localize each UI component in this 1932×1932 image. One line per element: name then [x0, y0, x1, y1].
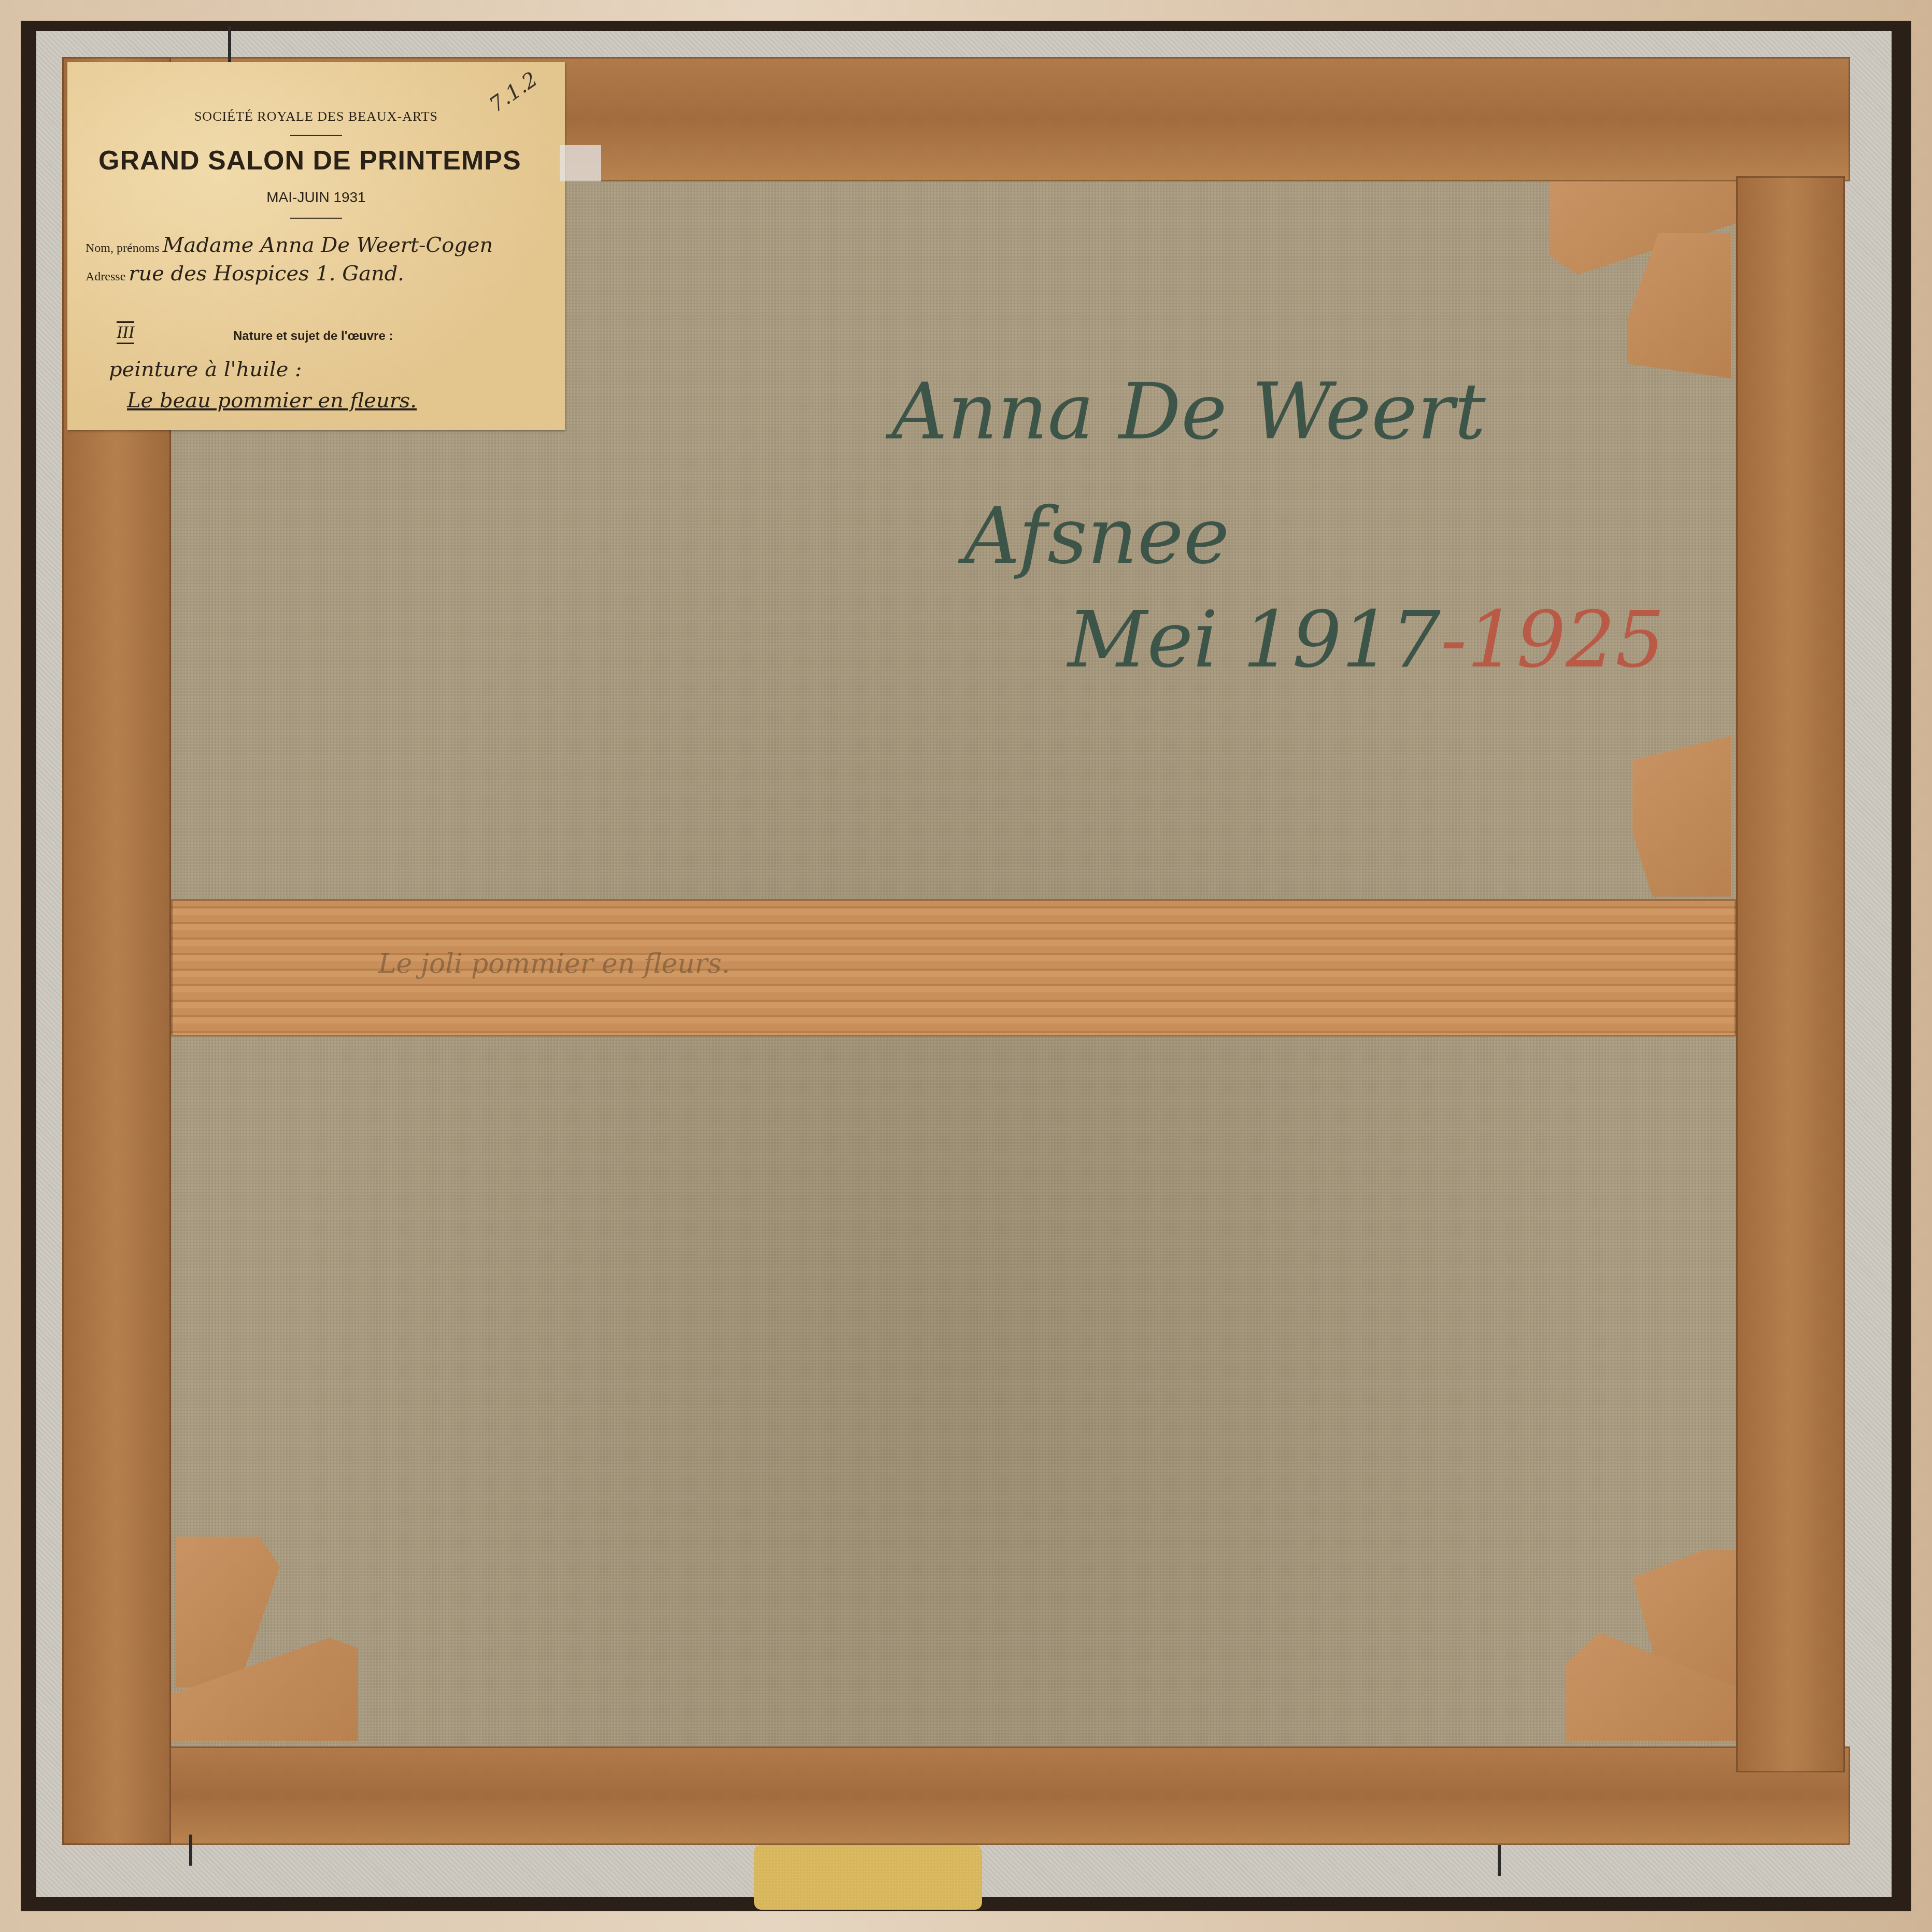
inscription-date: Mei 1917-1925 [1068, 601, 1665, 679]
label-organization: SOCIÉTÉ ROYALE DES BEAUX-ARTS [67, 109, 565, 124]
label-address-field: Adresse rue des Hospices 1. Gand. [86, 262, 404, 286]
stretcher-right-bar [1736, 176, 1845, 1772]
label-artwork-title: Le beau pommier en fleurs. [127, 389, 417, 413]
frame-nail [189, 1835, 192, 1866]
label-salon-title: GRAND SALON DE PRINTEMPS [98, 145, 521, 176]
felt-bumper-pad [754, 1845, 982, 1910]
stretcher-crossbar: Le joli pommier en fleurs. [171, 899, 1736, 1036]
corner-key-right-middle [1632, 736, 1731, 897]
inscription-artist: Anna De Weert [891, 373, 1486, 451]
label-address-value: rue des Hospices 1. Gand. [129, 262, 404, 286]
label-name-field: Nom, prénoms Madame Anna De Weert-Cogen [86, 233, 493, 257]
label-dates: MAI-JUIN 1931 [67, 189, 565, 206]
stretcher-bottom-bar [62, 1746, 1850, 1845]
label-medium: peinture à l'huile : [109, 358, 302, 381]
inscription-place: Afsnee [964, 498, 1229, 575]
label-name-value: Madame Anna De Weert-Cogen [163, 233, 493, 257]
exhibition-label: SOCIÉTÉ ROYALE DES BEAUX-ARTS GRAND SALO… [67, 62, 565, 430]
crossbar-pencil-inscription: Le joli pommier en fleurs. [378, 948, 730, 979]
label-category: III [117, 321, 134, 344]
label-nature-field: Nature et sujet de l'œuvre : [233, 329, 393, 344]
label-tack [228, 26, 231, 62]
label-rule [290, 135, 342, 136]
adhesive-tape [560, 145, 601, 181]
label-rule [290, 218, 342, 219]
inscription-year-red: 1925 [1467, 595, 1665, 685]
frame-nail [1498, 1845, 1501, 1876]
